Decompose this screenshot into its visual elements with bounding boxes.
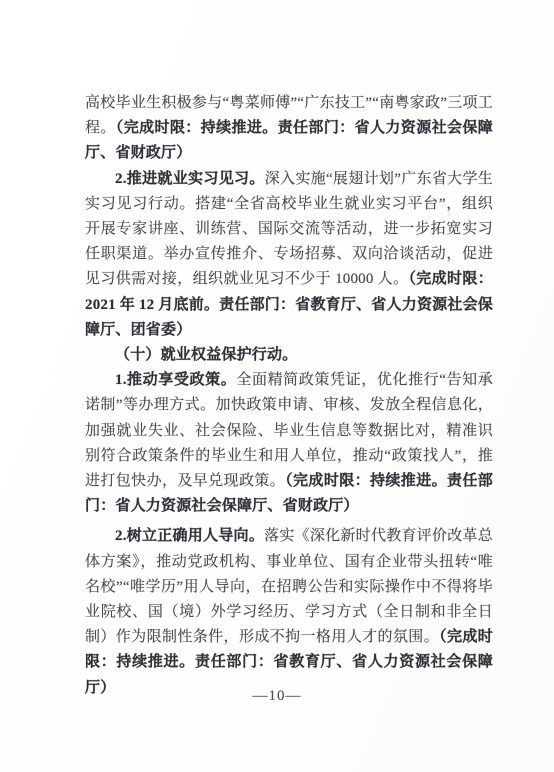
completion-note: （完成时限：持续推进。责任部门：省人力资源社会保障厅、省财政厅） [85, 120, 493, 161]
paragraph-continuation: 高校毕业生积极参与“粤菜师傅”“广东技工”“南粤家政”三项工程。（完成时限：持续… [85, 91, 493, 167]
lead-label: 2.树立正确用人导向。 [115, 528, 264, 544]
paragraph-item-2: 2.推进就业实习见习。深入实施“展翅计划”广东省大学生实习见习行动。搭建“全省高… [85, 167, 493, 343]
lead-label: 2.推进就业实习见习。 [115, 171, 265, 187]
lead-label: 1.推动享受政策。 [115, 372, 236, 388]
page-number: —10— [0, 688, 554, 705]
paragraph-text: 深入实施“展翅计划”广东省大学生实习见习行动。搭建“全省高校毕业生就业实习平台”… [85, 171, 493, 288]
scanned-document-page: 高校毕业生积极参与“粤菜师傅”“广东技工”“南粤家政”三项工程。（完成时限：持续… [0, 0, 554, 772]
paragraph-item-2b: 2.树立正确用人导向。落实《深化新时代教育评价改革总体方案》，推动党政机构、事业… [85, 524, 493, 700]
paragraph-text: 落实《深化新时代教育评价改革总体方案》，推动党政机构、事业单位、国有企业带头扭转… [85, 528, 493, 645]
paragraph-text: 全面精简政策凭证，优化推行“告知承诺制”等办理方式。加快政策申请、审核、发放全程… [85, 372, 493, 489]
section-heading-10: （十）就业权益保护行动。 [85, 343, 493, 368]
document-body: 高校毕业生积极参与“粤菜师傅”“广东技工”“南粤家政”三项工程。（完成时限：持续… [85, 91, 493, 701]
paragraph-item-1: 1.推动享受政策。全面精简政策凭证，优化推行“告知承诺制”等办理方式。加快政策申… [85, 368, 493, 519]
